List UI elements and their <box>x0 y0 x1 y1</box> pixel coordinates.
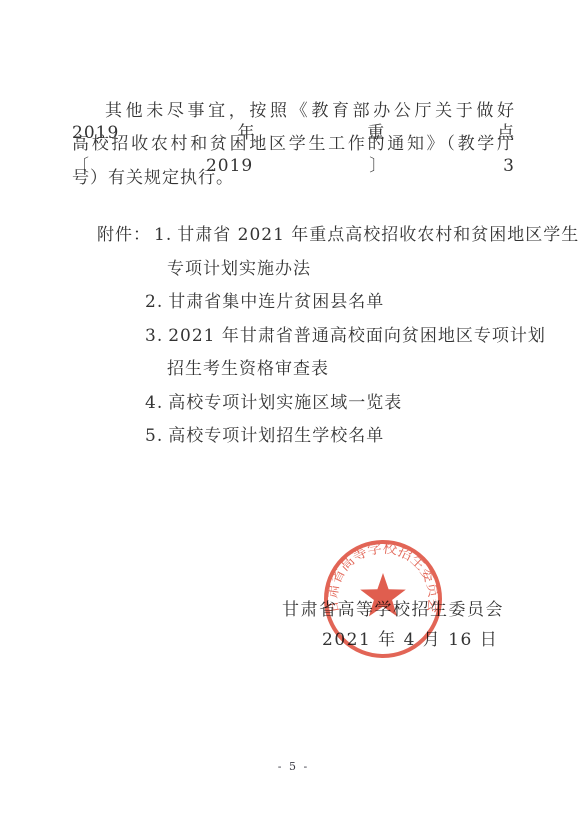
paragraph-line: 号）有关规定执行。 <box>72 167 515 189</box>
attachment-item: 4.高校专项计划实施区域一览表 <box>145 392 402 414</box>
attachment-item: 2.甘肃省集中连片贫困县名单 <box>145 291 384 313</box>
attachment-item: 3.2021 年甘肃省普通高校面向贫困地区专项计划 <box>145 325 546 347</box>
attachment-item-text: 甘肃省 2021 年重点高校招收农村和贫困地区学生 <box>177 225 579 245</box>
attachment-item-number: 4. <box>145 392 163 414</box>
attachment-label: 附件： <box>97 224 151 246</box>
document-page: 其他未尽事宜，按照《教育部办公厅关于做好 2019 年重点 高校招收农村和贫困地… <box>0 0 587 822</box>
attachment-item-continuation: 专项计划实施办法 <box>167 258 311 280</box>
attachment-item: 附件：1.甘肃省 2021 年重点高校招收农村和贫困地区学生 <box>97 224 579 246</box>
signature-date: 2021 年 4 月 16 日 <box>322 629 498 651</box>
attachment-item: 5.高校专项计划招生学校名单 <box>145 425 384 447</box>
attachment-item-text: 高校专项计划实施区域一览表 <box>168 393 402 413</box>
page-number: - 5 - <box>0 760 587 773</box>
attachment-item-continuation: 招生考生资格审查表 <box>167 358 329 380</box>
attachment-item-text: 2021 年甘肃省普通高校面向贫困地区专项计划 <box>168 326 546 346</box>
signature-organization: 甘肃省高等学校招生委员会 <box>282 599 504 621</box>
attachment-item-number: 1. <box>154 224 172 246</box>
attachment-item-number: 2. <box>145 291 163 313</box>
attachment-item-number: 3. <box>145 325 163 347</box>
attachment-item-number: 5. <box>145 425 163 447</box>
attachment-item-text: 甘肃省集中连片贫困县名单 <box>168 292 384 312</box>
attachment-item-text: 高校专项计划招生学校名单 <box>168 426 384 446</box>
